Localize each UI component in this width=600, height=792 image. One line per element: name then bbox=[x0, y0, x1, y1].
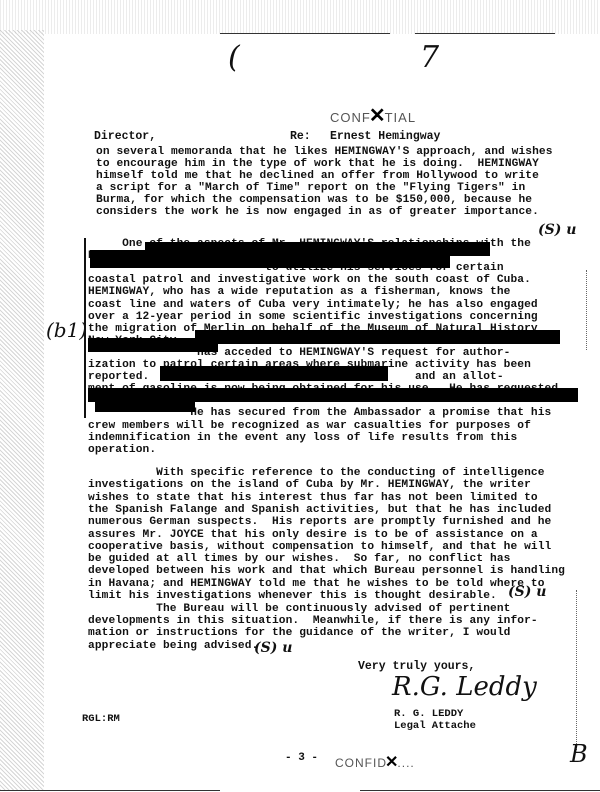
corner-initials: B bbox=[570, 740, 588, 768]
text-line: cooperative basis, without compensation … bbox=[88, 541, 551, 553]
text-line: appreciate being advised. bbox=[88, 640, 258, 652]
text-line: over a 12-year period in some scientific… bbox=[88, 311, 538, 323]
scan-noise-left bbox=[0, 30, 44, 790]
text-line: coast line and waters of Cuba very intim… bbox=[88, 299, 538, 311]
text-line: investigations on the island of Cuba by … bbox=[88, 479, 531, 491]
scan-noise-top bbox=[0, 0, 600, 34]
stamp-text: .... bbox=[397, 756, 414, 770]
redaction-block bbox=[195, 330, 560, 344]
exemption-mark: (S) u bbox=[254, 640, 292, 656]
handwritten-mark: 7 bbox=[420, 40, 439, 75]
text-line: The Bureau will be continuously advised … bbox=[88, 603, 510, 615]
text-line: Burma, for which the compensation was to… bbox=[96, 194, 532, 206]
text-line: on several memoranda that he likes HEMIN… bbox=[96, 146, 553, 158]
exemption-mark: (S) u bbox=[508, 584, 546, 600]
stamp-text: CONFID bbox=[335, 756, 387, 770]
text-line: developed between his work and that whic… bbox=[88, 565, 565, 577]
signer-name: R. G. LEDDY bbox=[394, 708, 463, 720]
margin-dotted-line bbox=[576, 590, 577, 750]
text-line: indemnification in the event any loss of… bbox=[88, 432, 517, 444]
re-label: Re: bbox=[290, 130, 311, 143]
text-line: HEMINGWAY, who has a wide reputation as … bbox=[88, 286, 510, 298]
scan-rule bbox=[0, 790, 220, 791]
text-line: crew members will be recognized as war c… bbox=[88, 420, 531, 432]
stamp-text: TIAL bbox=[385, 110, 416, 125]
classification-stamp: CONF✕TIAL bbox=[330, 103, 416, 128]
redaction-block bbox=[95, 400, 195, 412]
text-line: coastal patrol and investigative work on… bbox=[88, 274, 531, 286]
signer-title: Legal Attache bbox=[394, 720, 476, 732]
text-line: operation. bbox=[88, 444, 156, 456]
text-line: a script for a "March of Time" report on… bbox=[96, 182, 525, 194]
footer-stamp: CONFID✕.... bbox=[335, 752, 415, 772]
text-line: developments in this situation. Meanwhil… bbox=[88, 615, 538, 627]
exemption-annotation: (b1) bbox=[46, 318, 87, 342]
text-line: considers the work he is now engaged in … bbox=[96, 206, 539, 218]
text-line: With specific reference to the conductin… bbox=[88, 467, 545, 479]
scan-rule bbox=[415, 33, 555, 34]
addressee: Director, bbox=[94, 130, 156, 143]
margin-dotted-line bbox=[586, 270, 587, 350]
redaction-block bbox=[88, 338, 218, 352]
text-line: mation or instructions for the guidance … bbox=[88, 627, 510, 639]
text-line: in Havana; and HEMINGWAY told me that he… bbox=[88, 578, 545, 590]
exemption-mark: (S) u bbox=[538, 222, 576, 238]
reference-initials: RGL:RM bbox=[82, 713, 120, 725]
text-line: be guided at all times by our wishes. So… bbox=[88, 553, 510, 565]
text-line: wishes to state that his interest thus f… bbox=[88, 492, 538, 504]
signature: R.G. Leddy bbox=[392, 672, 537, 702]
scan-rule bbox=[220, 33, 390, 34]
text-line: limit his investigations whenever this i… bbox=[88, 590, 497, 602]
page-number: - 3 - bbox=[285, 752, 318, 764]
redaction-block bbox=[160, 366, 388, 381]
subject: Ernest Hemingway bbox=[330, 130, 440, 143]
text-line: the Spanish Falange and Spanish activiti… bbox=[88, 504, 551, 516]
text-line: numerous German suspects. His reports ar… bbox=[88, 516, 551, 528]
scan-rule bbox=[360, 790, 600, 791]
handwritten-mark: ( bbox=[228, 40, 240, 75]
stamp-text: CONF bbox=[330, 110, 371, 125]
text-line: himself told me that he declined an offe… bbox=[96, 170, 539, 182]
text-line: assures Mr. JOYCE that his only desire i… bbox=[88, 529, 538, 541]
redaction-block bbox=[90, 250, 450, 268]
text-line: to encourage him in the type of work tha… bbox=[96, 158, 539, 170]
